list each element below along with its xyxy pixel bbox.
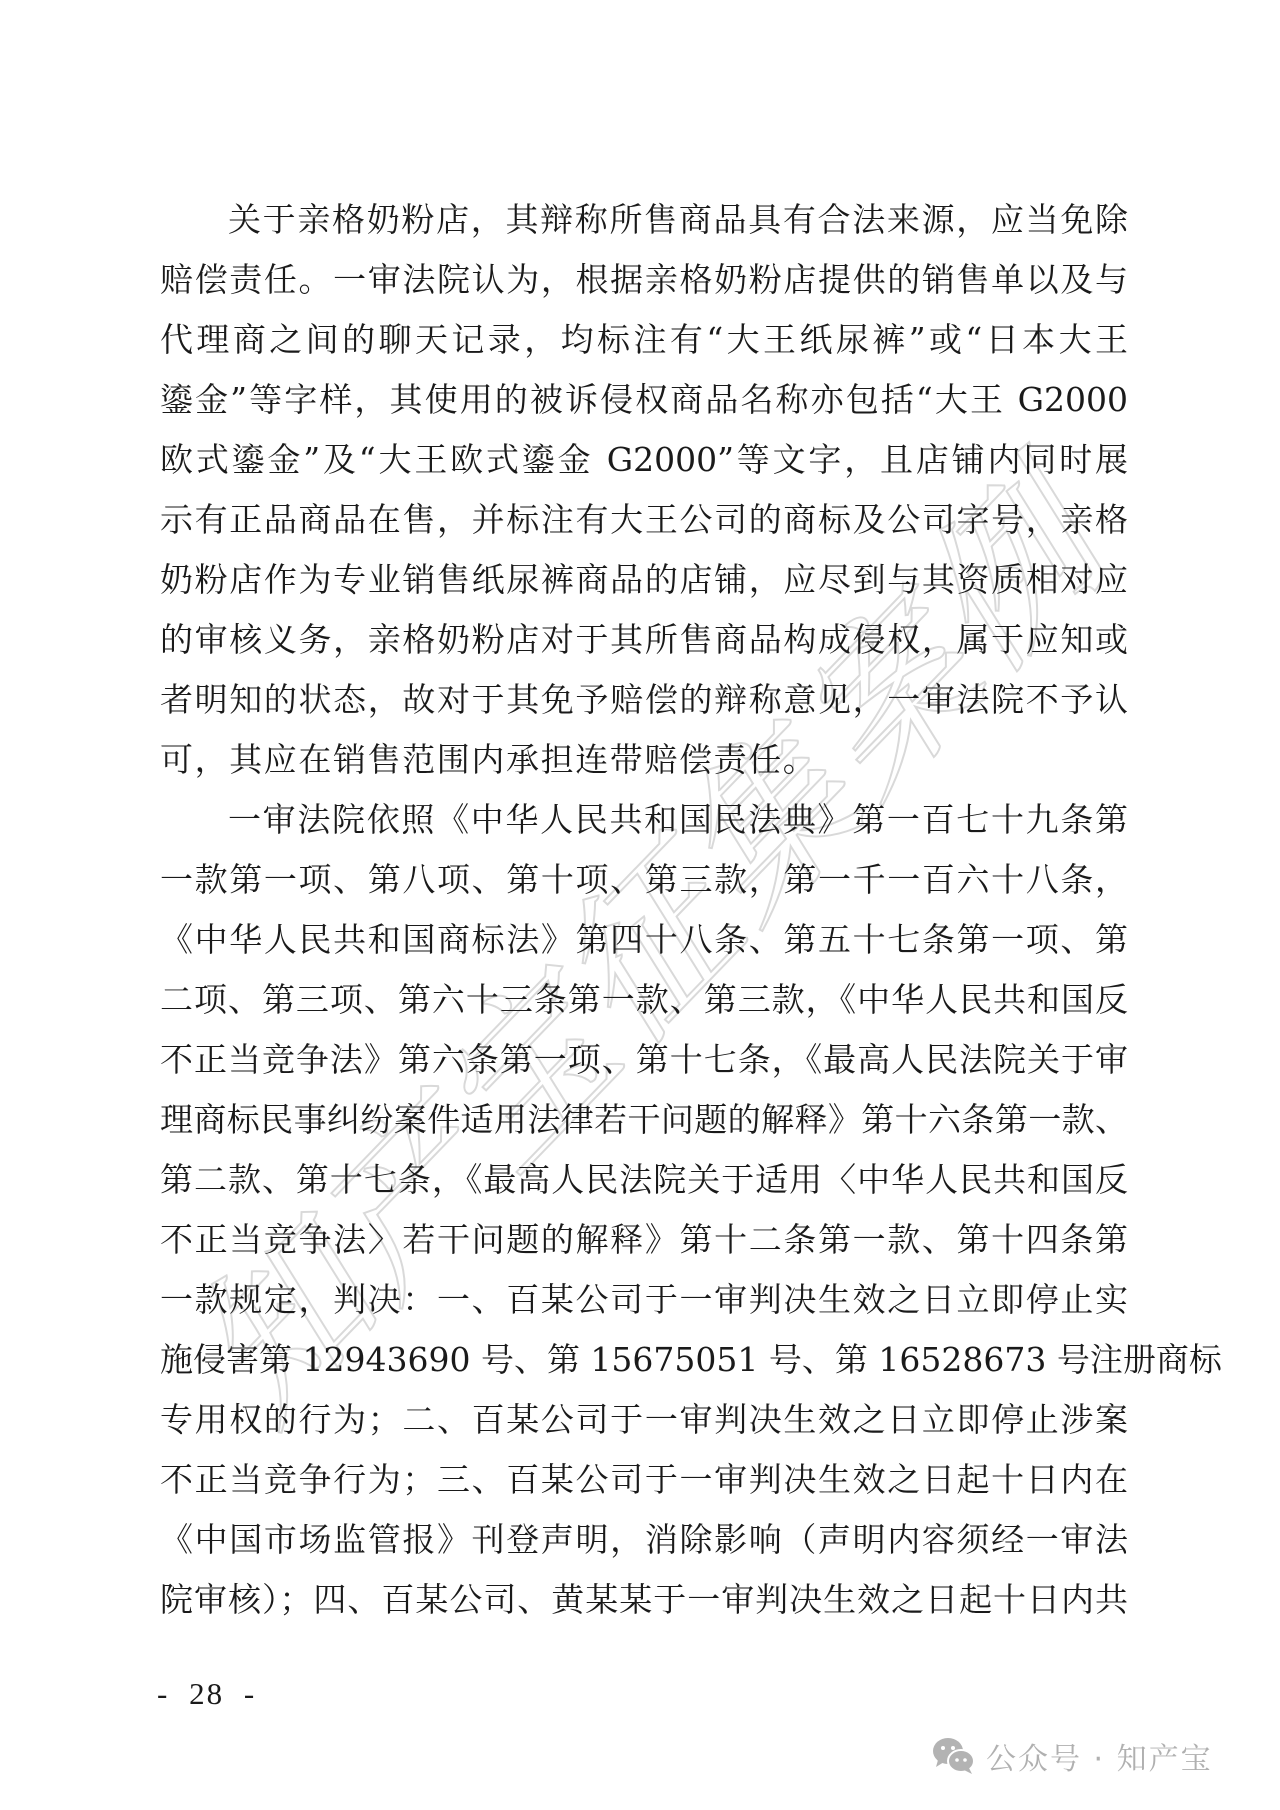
paragraph-1-line: 可，其应在销售范围内承担连带赔偿责任。 bbox=[160, 730, 1128, 790]
footer-account-label: 公众号 · 知产宝 bbox=[932, 1734, 1213, 1778]
paragraph-2-line: 《中华人民共和国商标法》第四十八条、第五十七条第一项、第 bbox=[160, 910, 1128, 970]
paragraph-2-line: 《中国市场监管报》刊登声明，消除影响（声明内容须经一审法 bbox=[160, 1510, 1128, 1570]
paragraph-2-line: 第二款、第十七条，《最高人民法院关于适用〈中华人民共和国反 bbox=[160, 1150, 1128, 1210]
footer-label: 公众号 · 知产宝 bbox=[986, 1734, 1213, 1778]
paragraph-2-line: 一款规定，判决：一、百某公司于一审判决生效之日立即停止实 bbox=[160, 1270, 1128, 1330]
paragraph-1-line: 奶粉店作为专业销售纸尿裤商品的店铺，应尽到与其资质相对应 bbox=[160, 550, 1128, 610]
paragraph-2-line: 院审核）；四、百某公司、黄某某于一审判决生效之日起十日内共 bbox=[160, 1570, 1128, 1630]
page-number: - 28 - bbox=[157, 1676, 256, 1712]
paragraph-2-line: 不正当竞争行为；三、百某公司于一审判决生效之日起十日内在 bbox=[160, 1450, 1128, 1510]
paragraph-2-line: 专用权的行为；二、百某公司于一审判决生效之日立即停止涉案 bbox=[160, 1390, 1128, 1450]
paragraph-1-line: 者明知的状态，故对于其免予赔偿的辩称意见，一审法院不予认 bbox=[160, 670, 1128, 730]
paragraph-2-line: 不正当竞争法〉若干问题的解释》第十二条第一款、第十四条第 bbox=[160, 1210, 1128, 1270]
paragraph-1-line: 欧式鎏金”及“大王欧式鎏金 G2000”等文字，且店铺内同时展 bbox=[160, 430, 1128, 490]
paragraph-2-line: 一审法院依照《中华人民共和国民法典》第一百七十九条第 bbox=[160, 790, 1128, 850]
paragraph-2-line: 不正当竞争法》第六条第一项、第十七条，《最高人民法院关于审 bbox=[160, 1030, 1128, 1090]
paragraph-2-line: 二项、第三项、第六十三条第一款、第三款，《中华人民共和国反 bbox=[160, 970, 1128, 1030]
paragraph-1-line: 赔偿责任。一审法院认为，根据亲格奶粉店提供的销售单以及与 bbox=[160, 250, 1128, 310]
paragraph-1-line: 鎏金”等字样，其使用的被诉侵权商品名称亦包括“大王 G2000 bbox=[160, 370, 1128, 430]
paragraph-2-line: 施侵害第 12943690 号、第 15675051 号、第 16528673 … bbox=[160, 1330, 1128, 1390]
paragraph-1-line: 的审核义务，亲格奶粉店对于其所售商品构成侵权，属于应知或 bbox=[160, 610, 1128, 670]
paragraph-1-line: 代理商之间的聊天记录，均标注有“大王纸尿裤”或“日本大王 bbox=[160, 310, 1128, 370]
paragraph-2-line: 一款第一项、第八项、第十项、第三款，第一千一百六十八条， bbox=[160, 850, 1128, 910]
wechat-icon bbox=[932, 1736, 976, 1776]
paragraph-1-line: 关于亲格奶粉店，其辩称所售商品具有合法来源，应当免除 bbox=[160, 190, 1128, 250]
document-page: 知产宝征集案例 关于亲格奶粉店，其辩称所售商品具有合法来源，应当免除 赔偿责任。… bbox=[0, 0, 1280, 1810]
paragraph-1-line: 示有正品商品在售，并标注有大王公司的商标及公司字号，亲格 bbox=[160, 490, 1128, 550]
document-body: 关于亲格奶粉店，其辩称所售商品具有合法来源，应当免除 赔偿责任。一审法院认为，根… bbox=[160, 190, 1128, 1630]
paragraph-2-line: 理商标民事纠纷案件适用法律若干问题的解释》第十六条第一款、 bbox=[160, 1090, 1128, 1150]
